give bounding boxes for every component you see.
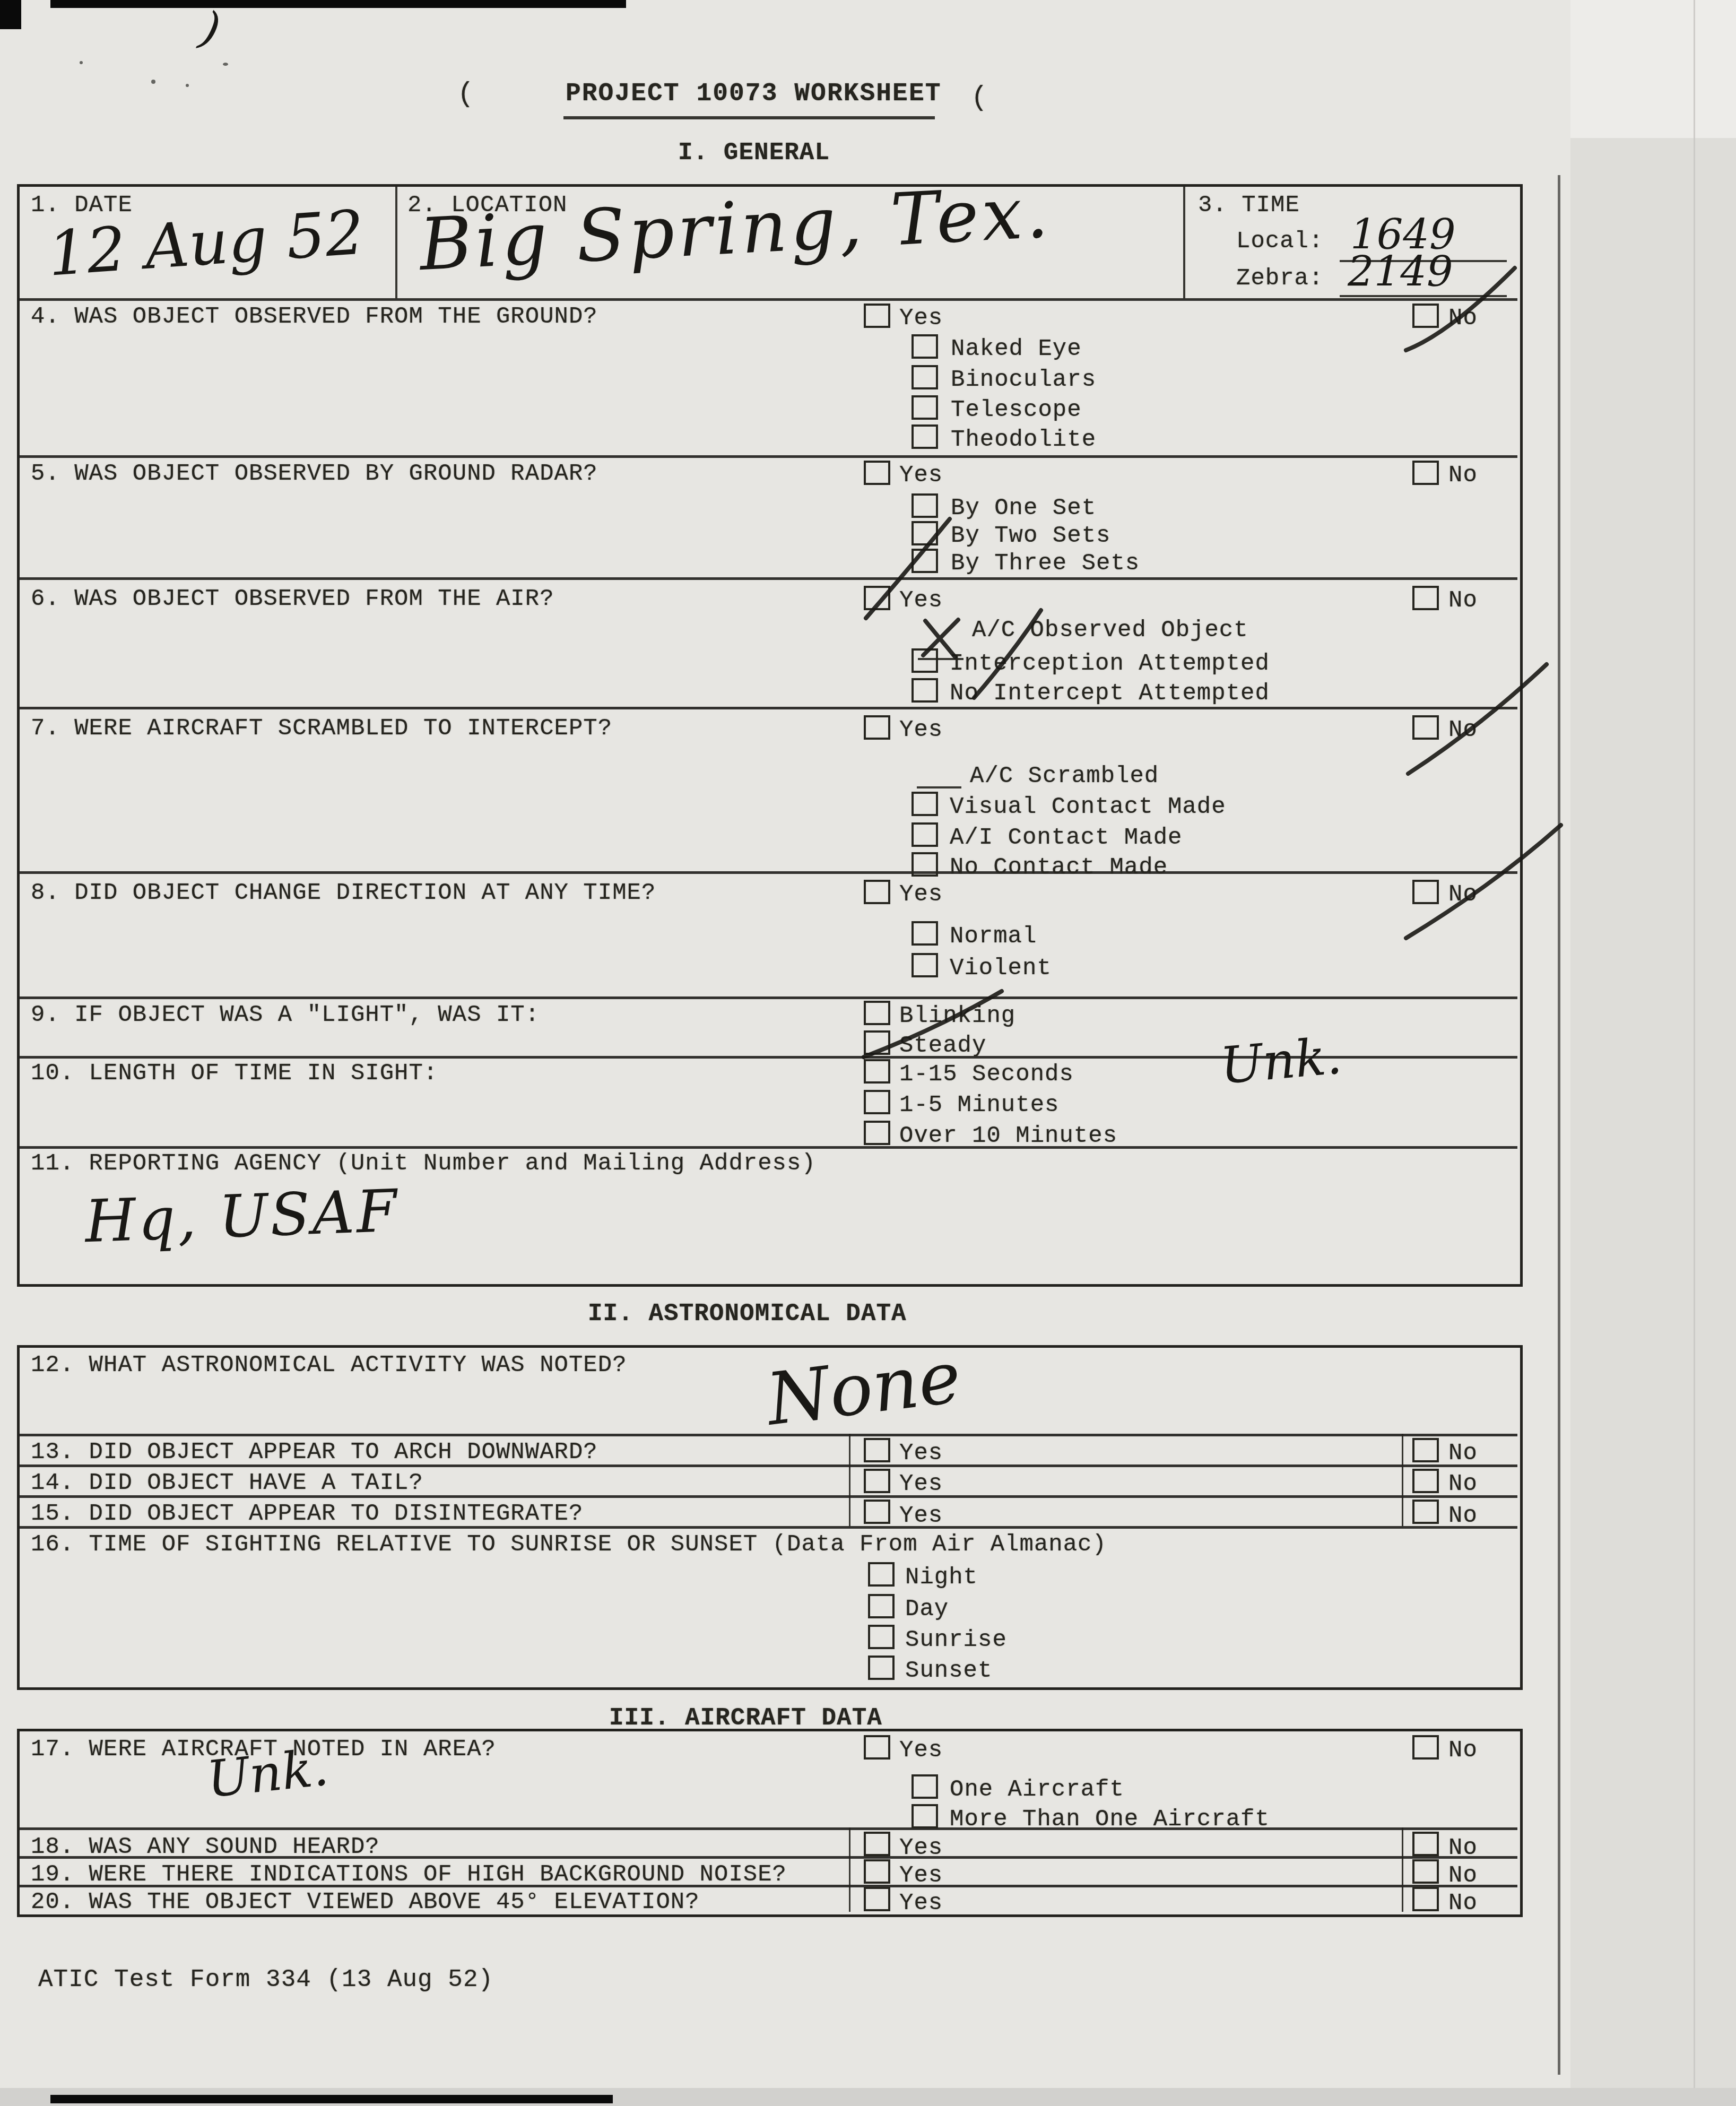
q5-text: 5. WAS OBJECT OBSERVED BY GROUND RADAR?	[31, 461, 598, 487]
q19-no-label: No	[1448, 1862, 1478, 1889]
q16-option-day-label: Day	[905, 1596, 949, 1623]
scan-right-margin	[1570, 0, 1736, 2106]
q11-text: 11. REPORTING AGENCY (Unit Number and Ma…	[31, 1150, 816, 1177]
q8-option-violent-label: Violent	[950, 955, 1052, 982]
q10-option-seconds-label: 1-15 Seconds	[899, 1061, 1074, 1088]
q18-yes-label: Yes	[899, 1835, 943, 1861]
q19-no-checkbox[interactable]	[1412, 1859, 1439, 1884]
scan-bottom-black-strip	[50, 2095, 613, 2103]
q13-no-label: No	[1448, 1440, 1478, 1467]
q4-option-binoculars-checkbox[interactable]	[912, 365, 938, 389]
q6-option-ac-observed-label: A/C Observed Object	[972, 617, 1248, 644]
no-column-divider	[1402, 1827, 1403, 1912]
stray-dot	[186, 84, 189, 87]
q20-yes-checkbox[interactable]	[864, 1887, 890, 1911]
q16-option-sunset-checkbox[interactable]	[868, 1656, 895, 1680]
q13-yes-label: Yes	[899, 1440, 943, 1467]
q7-yes-label: Yes	[899, 717, 943, 743]
time-local-label: Local:	[1236, 228, 1323, 255]
q16-option-sunset-label: Sunset	[905, 1658, 992, 1684]
row-border	[17, 455, 1517, 458]
q4-option-binoculars-label: Binoculars	[951, 367, 1096, 393]
q14-no-checkbox[interactable]	[1412, 1469, 1439, 1493]
q9-option-steady-checkbox[interactable]	[864, 1030, 890, 1055]
row-border	[17, 298, 1517, 301]
q10-option-minutes-checkbox[interactable]	[864, 1090, 890, 1114]
form-footer: ATIC Test Form 334 (13 Aug 52)	[38, 1966, 493, 1994]
row-border	[17, 996, 1517, 999]
q6-no-label: No	[1448, 587, 1478, 614]
q10-text: 10. LENGTH OF TIME IN SIGHT:	[31, 1060, 438, 1087]
q7-option-no-contact-checkbox[interactable]	[912, 852, 938, 877]
q20-text: 20. WAS THE OBJECT VIEWED ABOVE 45° ELEV…	[31, 1889, 700, 1916]
q16-option-day-checkbox[interactable]	[868, 1594, 895, 1618]
q5-yes-checkbox[interactable]	[864, 461, 890, 485]
q14-yes-label: Yes	[899, 1471, 943, 1497]
q15-no-label: No	[1448, 1503, 1478, 1529]
q19-yes-label: Yes	[899, 1862, 943, 1889]
q4-option-telescope-checkbox[interactable]	[912, 395, 938, 420]
section2-heading: II. ASTRONOMICAL DATA	[588, 1300, 907, 1328]
row-border	[17, 871, 1517, 874]
q9-text: 9. IF OBJECT WAS A "LIGHT", WAS IT:	[31, 1002, 540, 1028]
section1-heading: I. GENERAL	[678, 139, 830, 167]
q9-option-blinking-checkbox[interactable]	[864, 1001, 890, 1025]
q4-option-theodolite-label: Theodolite	[951, 427, 1096, 453]
q4-yes-checkbox[interactable]	[864, 304, 890, 328]
q17-option-more-aircraft-checkbox[interactable]	[912, 1804, 938, 1828]
q19-yes-checkbox[interactable]	[864, 1859, 890, 1884]
q17-no-label: No	[1448, 1737, 1478, 1764]
q5-yes-label: Yes	[899, 462, 943, 489]
q14-yes-checkbox[interactable]	[864, 1469, 890, 1493]
q8-no-label: No	[1448, 881, 1478, 908]
q17-option-one-aircraft-label: One Aircraft	[950, 1776, 1124, 1803]
q4-option-naked-eye-checkbox[interactable]	[912, 334, 938, 359]
q4-option-theodolite-checkbox[interactable]	[912, 424, 938, 449]
q4-option-telescope-label: Telescope	[951, 397, 1082, 423]
stray-dot	[223, 63, 228, 66]
q18-no-label: No	[1448, 1835, 1478, 1861]
scan-top-black-strip	[50, 0, 626, 8]
q5-no-checkbox[interactable]	[1412, 461, 1439, 485]
q5-option-three-sets-checkbox[interactable]	[912, 549, 938, 573]
q13-no-checkbox[interactable]	[1412, 1438, 1439, 1462]
yes-column-divider	[849, 1434, 850, 1526]
no-column-divider	[1402, 1434, 1403, 1526]
q4-no-checkbox[interactable]	[1412, 304, 1439, 328]
q4-no-label: No	[1448, 305, 1478, 332]
q17-option-one-aircraft-checkbox[interactable]	[912, 1774, 938, 1799]
row1-divider-2	[1183, 184, 1185, 298]
q7-option-visual-checkbox[interactable]	[912, 792, 938, 816]
q6-option-no-intercept-checkbox[interactable]	[912, 678, 938, 703]
row-border	[17, 1827, 1517, 1830]
stray-dot	[151, 80, 155, 84]
q13-text: 13. DID OBJECT APPEAR TO ARCH DOWNWARD?	[31, 1439, 598, 1466]
q7-no-label: No	[1448, 717, 1478, 743]
q17-option-more-aircraft-label: More Than One Aircraft	[950, 1806, 1270, 1833]
q20-yes-label: Yes	[899, 1890, 943, 1917]
header-paren-left: (	[457, 79, 474, 110]
q5-option-two-sets-checkbox[interactable]	[912, 521, 938, 545]
q6-option-no-intercept-label: No Intercept Attempted	[950, 680, 1270, 707]
q16-option-night-checkbox[interactable]	[868, 1562, 895, 1587]
q19-text: 19. WERE THERE INDICATIONS OF HIGH BACKG…	[31, 1861, 787, 1888]
scan-right-corner-light	[1570, 0, 1736, 138]
q16-option-night-label: Night	[905, 1564, 978, 1591]
q7-yes-checkbox[interactable]	[864, 715, 890, 740]
q9-option-blinking-label: Blinking	[899, 1003, 1015, 1029]
q15-no-checkbox[interactable]	[1412, 1500, 1439, 1524]
q15-yes-checkbox[interactable]	[864, 1500, 890, 1524]
q18-yes-checkbox[interactable]	[864, 1832, 890, 1856]
q10-option-over10-checkbox[interactable]	[864, 1121, 890, 1145]
q15-text: 15. DID OBJECT APPEAR TO DISINTEGRATE?	[31, 1501, 583, 1527]
q8-option-normal-checkbox[interactable]	[912, 921, 938, 946]
q18-no-checkbox[interactable]	[1412, 1832, 1439, 1856]
q8-yes-checkbox[interactable]	[864, 880, 890, 904]
row-border	[17, 707, 1517, 709]
section3-heading: III. AIRCRAFT DATA	[609, 1704, 882, 1732]
scan-corner-blob	[0, 0, 21, 29]
q6-option-interception-label: Interception Attempted	[950, 651, 1270, 677]
q4-option-naked-eye-label: Naked Eye	[951, 336, 1082, 362]
q10-option-minutes-label: 1-5 Minutes	[899, 1092, 1059, 1119]
page-fold-line	[1558, 175, 1560, 2075]
stray-pen-mark: )	[196, 1, 225, 56]
title-underline	[563, 116, 935, 119]
q4-yes-label: Yes	[899, 305, 943, 332]
q10-handwritten-note: Unk.	[1218, 1027, 1344, 1096]
q8-option-normal-label: Normal	[950, 923, 1037, 950]
row-border	[17, 1434, 1517, 1436]
q15-yes-label: Yes	[899, 1503, 943, 1529]
q17-yes-checkbox[interactable]	[864, 1735, 890, 1760]
q7-option-visual-label: Visual Contact Made	[950, 794, 1226, 820]
q16-text: 16. TIME OF SIGHTING RELATIVE TO SUNRISE…	[31, 1531, 1107, 1558]
q6-yes-label: Yes	[899, 587, 943, 614]
q8-yes-label: Yes	[899, 881, 943, 908]
q6-text: 6. WAS OBJECT OBSERVED FROM THE AIR?	[31, 586, 554, 612]
q7-option-ai-contact-checkbox[interactable]	[912, 822, 938, 847]
q5-option-two-sets-label: By Two Sets	[951, 523, 1110, 549]
header-paren-right: (	[971, 82, 988, 114]
q18-text: 18. WAS ANY SOUND HEARD?	[31, 1834, 380, 1860]
q20-no-checkbox[interactable]	[1412, 1887, 1439, 1911]
q16-option-sunrise-label: Sunrise	[905, 1627, 1007, 1653]
q5-no-label: No	[1448, 462, 1478, 489]
q6-option-interception-checkbox[interactable]	[912, 648, 938, 673]
q5-option-three-sets-label: By Three Sets	[951, 550, 1140, 577]
q7-no-checkbox[interactable]	[1412, 715, 1439, 740]
q7-option-ai-contact-label: A/I Contact Made	[950, 825, 1182, 851]
q20-no-label: No	[1448, 1890, 1478, 1917]
q11-handwritten-value: Hq, USAF	[84, 1177, 400, 1256]
q6-yes-checkbox[interactable]	[864, 586, 890, 610]
q5-option-one-set-label: By One Set	[951, 495, 1096, 522]
q14-no-label: No	[1448, 1471, 1478, 1497]
row-border	[17, 577, 1517, 580]
q16-option-sunrise-checkbox[interactable]	[868, 1625, 895, 1649]
q5-option-one-set-checkbox[interactable]	[912, 493, 938, 518]
page-edge-line	[1694, 0, 1695, 2106]
q7-scrambled-blank	[917, 786, 961, 788]
row1-divider-1	[395, 184, 397, 298]
zebra-underline	[1340, 295, 1507, 297]
q8-option-violent-checkbox[interactable]	[912, 953, 938, 977]
time-label: 3. TIME	[1198, 192, 1300, 219]
q7-option-no-contact-label: No Contact Made	[950, 854, 1168, 881]
q10-option-over10-label: Over 10 Minutes	[899, 1123, 1117, 1149]
q13-yes-checkbox[interactable]	[864, 1438, 890, 1462]
q17-yes-label: Yes	[899, 1737, 943, 1764]
page-title: PROJECT 10073 WORKSHEET	[566, 80, 942, 108]
q7-option-scrambled-label: A/C Scrambled	[970, 763, 1159, 790]
time-zebra-label: Zebra:	[1236, 265, 1323, 292]
q8-text: 8. DID OBJECT CHANGE DIRECTION AT ANY TI…	[31, 880, 656, 906]
q14-text: 14. DID OBJECT HAVE A TAIL?	[31, 1470, 423, 1496]
q10-option-seconds-checkbox[interactable]	[864, 1059, 890, 1084]
stray-dot	[80, 61, 83, 64]
q4-text: 4. WAS OBJECT OBSERVED FROM THE GROUND?	[31, 304, 598, 330]
yes-column-divider	[849, 1827, 850, 1912]
q17-no-checkbox[interactable]	[1412, 1735, 1439, 1760]
q8-no-checkbox[interactable]	[1412, 880, 1439, 904]
q9-option-steady-label: Steady	[899, 1033, 986, 1059]
q12-text: 12. WHAT ASTRONOMICAL ACTIVITY WAS NOTED…	[31, 1352, 627, 1379]
scanned-worksheet-page: ) ( PROJECT 10073 WORKSHEET ( I. GENERAL…	[0, 0, 1736, 2106]
q6-no-checkbox[interactable]	[1412, 586, 1439, 610]
time-zebra-value: 2149	[1348, 248, 1453, 296]
q7-text: 7. WERE AIRCRAFT SCRAMBLED TO INTERCEPT?	[31, 715, 612, 742]
row-border	[17, 1146, 1517, 1149]
